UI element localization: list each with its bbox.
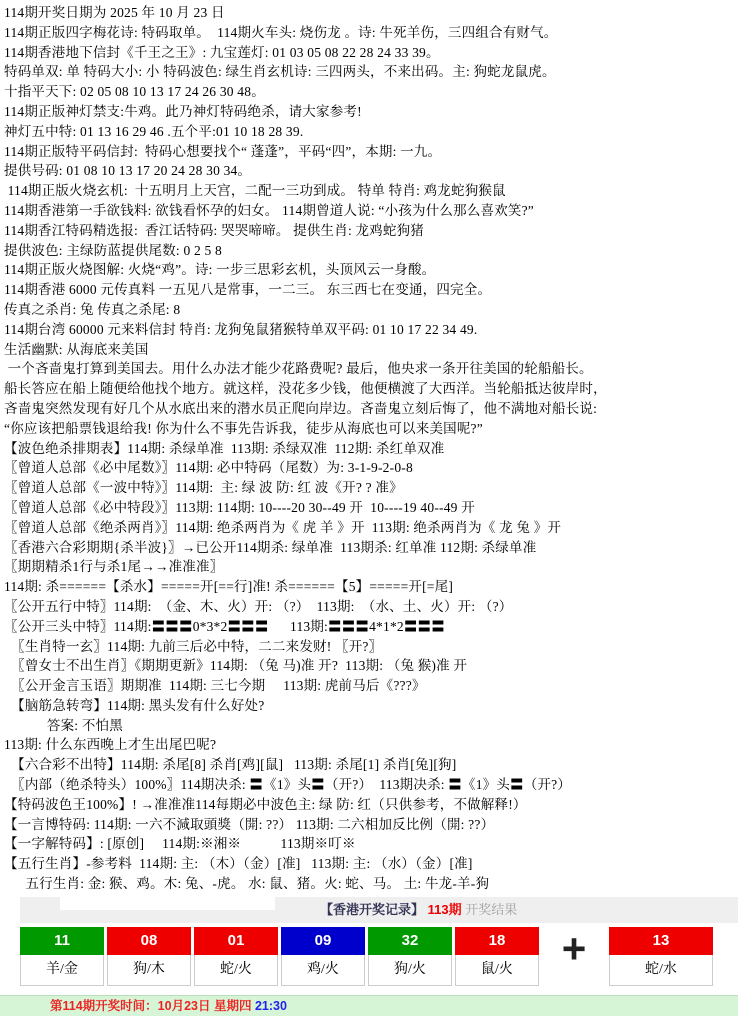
result-ball-column: 08狗/木 bbox=[107, 927, 191, 986]
text-line: 传真之杀肖: 兔 传真之杀尾: 8 bbox=[4, 300, 736, 320]
text-line: 114期: 杀======【杀水】=====开[==行]准! 杀======【5… bbox=[4, 577, 736, 597]
text-line: 【脑筋急转弯】114期: 黑头发有什么好处? bbox=[4, 696, 736, 716]
draw-results-table: 11羊/金08狗/木01蛇/火09鸡/火32狗/火18鼠/火+13蛇/水 bbox=[20, 927, 738, 986]
next-draw-prefix: 第114期开奖时间： bbox=[50, 999, 158, 1013]
ball-zodiac-element-label: 羊/金 bbox=[20, 955, 104, 986]
text-line: 〖生肖特一玄〗114期: 九前三后必中特，二二来发财! 〖开?〗 bbox=[4, 637, 736, 657]
text-line: “你应该把船票钱退给我! 你为什么不事先告诉我，徒步从海底也可以来美国呢?” bbox=[4, 419, 736, 439]
text-line: 〖曾道人总部《绝杀两肖》〗114期: 绝杀两肖为《 虎 羊 》开 113期: 绝… bbox=[4, 518, 736, 538]
text-line: 114期开奖日期为 2025 年 10 月 23 日 bbox=[4, 3, 736, 23]
text-lines-block: 114期开奖日期为 2025 年 10 月 23 日114期正版四字梅花诗: 特… bbox=[0, 0, 738, 894]
text-line: 生活幽默: 从海底来美国 bbox=[4, 340, 736, 360]
record-issue-number: 113期 bbox=[428, 902, 462, 917]
text-line: 114期香港第一手欲钱料: 欲钱看怀孕的妇女。 114期曾道人说: “小孩为什么… bbox=[4, 201, 736, 221]
special-ball-column: 13蛇/水 bbox=[609, 927, 713, 986]
text-line: 114期香江特码精选报: 香江话特码: 哭哭啼啼。 提供生肖: 龙鸡蛇狗猪 bbox=[4, 221, 736, 241]
result-ball-column: 32狗/火 bbox=[368, 927, 452, 986]
text-line: 〖曾道人总部《必中特段》〗113期: 114期: 10----20 30--49… bbox=[4, 498, 736, 518]
lottery-tip-sheet-page: 114期开奖日期为 2025 年 10 月 23 日114期正版四字梅花诗: 特… bbox=[0, 0, 738, 1016]
text-line: 【五行生肖】-参考料 114期: 主: （木）（金）[准] 113期: 主: （… bbox=[4, 854, 736, 874]
text-line: 〖内部（绝杀特头）100%〗114期决杀: 〓《1》头〓（开?） 113期决杀:… bbox=[4, 775, 736, 795]
text-line: 114期香港 6000 元传真料 一五见八是常事，一二三。 东三西七在变通，四完… bbox=[4, 280, 736, 300]
text-line: 特码单双: 单 特码大小: 小 特码波色: 绿生肖玄机诗: 三四两头，不来出码。… bbox=[4, 62, 736, 82]
text-line: 【特码波色王100%】! →准准准114每期必中波色主: 绿 防: 红（只供参考… bbox=[4, 795, 736, 815]
text-line: 〖公开五行中特〗114期: （金、木、火）开: （?） 113期: （水、土、火… bbox=[4, 597, 736, 617]
text-line: 113期: 什么东西晚上才生出尾巴呢? bbox=[4, 735, 736, 755]
text-line: 十指平天下: 02 05 08 10 13 17 24 26 30 48。 bbox=[4, 82, 736, 102]
next-draw-time-bar: 第114期开奖时间：10月23日 星期四 21:30 bbox=[0, 995, 738, 1016]
text-line: 114期正版特平码信封: 特码心想要找个“ 蓬蓬”，平码“四”，本期: 一九。 bbox=[4, 142, 736, 162]
text-line: 【一字解特码】: [原创] 114期:※湘※ 113期※叮※ bbox=[4, 834, 736, 854]
result-ball-column: 09鸡/火 bbox=[281, 927, 365, 986]
result-ball-column: 11羊/金 bbox=[20, 927, 104, 986]
record-bar: 【香港开奖记录】 113期 开奖结果 bbox=[20, 897, 738, 923]
ball-zodiac-element-label: 鸡/火 bbox=[281, 955, 365, 986]
text-line: 〖曾道人总部《必中尾数》〗114期: 必中特码（尾数）为: 3-1-9-2-0-… bbox=[4, 458, 736, 478]
ball-zodiac-element-label: 蛇/火 bbox=[194, 955, 278, 986]
text-line: 提供波色: 主绿防蓝提供尾数: 0 2 5 8 bbox=[4, 241, 736, 261]
ball-zodiac-element-label: 蛇/水 bbox=[609, 955, 713, 986]
ball-number: 01 bbox=[194, 927, 278, 955]
text-line: 答案: 不怕黑 bbox=[4, 716, 736, 736]
text-line: 〖公开金言玉语〗期期准 114期: 三七今期 113期: 虎前马后《???》 bbox=[4, 676, 736, 696]
record-title: 【香港开奖记录】 bbox=[320, 902, 424, 917]
record-bar-placeholder-box bbox=[60, 897, 275, 910]
ball-zodiac-element-label: 狗/火 bbox=[368, 955, 452, 986]
text-line: 〖香港六合彩期期{杀半波}〗→已公开114期杀: 绿单准 113期杀: 红单准 … bbox=[4, 538, 736, 558]
next-draw-date: 10月23日 星期四 bbox=[158, 999, 255, 1013]
plus-separator: + bbox=[542, 927, 606, 986]
ball-number: 32 bbox=[368, 927, 452, 955]
ball-number: 09 bbox=[281, 927, 365, 955]
text-line: 【波色绝杀排期表】114期: 杀绿单准 113期: 杀绿双准 112期: 杀红单… bbox=[4, 439, 736, 459]
text-line: 船长答应在船上随便给他找个地方。就这样，没花多少钱，他便横渡了大西洋。当轮船抵达… bbox=[4, 379, 736, 399]
ball-zodiac-element-label: 狗/木 bbox=[107, 955, 191, 986]
result-ball-column: 18鼠/火 bbox=[455, 927, 539, 986]
ball-number: 08 bbox=[107, 927, 191, 955]
text-line: 神灯五中特: 01 13 16 29 46 .五个平:01 10 18 28 3… bbox=[4, 122, 736, 142]
text-line: 〖曾女士不出生肖〗《期期更新》114期: （兔 马)准 开? 113期: （兔 … bbox=[4, 656, 736, 676]
text-line: 吝啬鬼突然发现有好几个从水底出来的潜水员正爬向岸边。吝啬鬼立刻后悔了，他不满地对… bbox=[4, 399, 736, 419]
text-line: 五行生肖: 金: 猴、鸡。木: 兔、-虎。 水: 鼠、猪。火: 蛇、马。 土: … bbox=[4, 874, 736, 894]
ball-number: 18 bbox=[455, 927, 539, 955]
text-line: 114期香港地下信封《千王之王》: 九宝莲灯: 01 03 05 08 22 2… bbox=[4, 43, 736, 63]
text-line: 114期正版四字梅花诗: 特码取单。 114期火车头: 烧伤龙 。诗: 牛死羊伤… bbox=[4, 23, 736, 43]
text-line: 114期正版神灯禁支:牛鸡。此乃神灯特码绝杀，请大家参考! bbox=[4, 102, 736, 122]
text-line: 〖曾道人总部《一波中特》〗114期: 主: 绿 波 防: 红 波《开? ? 准》 bbox=[4, 478, 736, 498]
record-suffix: 开奖结果 bbox=[465, 902, 517, 917]
ball-number: 13 bbox=[609, 927, 713, 955]
ball-zodiac-element-label: 鼠/火 bbox=[455, 955, 539, 986]
result-ball-column: 01蛇/火 bbox=[194, 927, 278, 986]
ball-number: 11 bbox=[20, 927, 104, 955]
text-line: 〖公开三头中特〗114期:〓〓〓0*3*2〓〓〓 113期:〓〓〓4*1*2〓〓… bbox=[4, 617, 736, 637]
plus-icon: + bbox=[562, 927, 587, 971]
text-line: 一个吝啬鬼打算到美国去。用什么办法才能少花路费呢? 最后，他央求一条开往美国的轮… bbox=[4, 359, 736, 379]
text-line: 114期台湾 60000 元来料信封 特肖: 龙狗兔鼠猪猴特单双平码: 01 1… bbox=[4, 320, 736, 340]
text-line: 114期正版火烧图解: 火烧“鸡”。诗: 一步三思彩玄机，头顶风云一身酸。 bbox=[4, 260, 736, 280]
text-line: 提供号码: 01 08 10 13 17 20 24 28 30 34。 bbox=[4, 161, 736, 181]
text-line: 【六合彩不出特】114期: 杀尾[8] 杀肖[鸡][鼠] 113期: 杀尾[1]… bbox=[4, 755, 736, 775]
text-line: 【一言博特码: 114期: 一六不減取頭獎（開: ??） 113期: 二六相加反… bbox=[4, 815, 736, 835]
text-line: 〖期期精杀1行与杀1尾→→准准准〗 bbox=[4, 557, 736, 577]
text-line: 114期正版火烧玄机: 十五明月上天宫，二配一三功到成。 特单 特肖: 鸡龙蛇狗… bbox=[4, 181, 736, 201]
next-draw-time: 21:30 bbox=[255, 999, 287, 1013]
